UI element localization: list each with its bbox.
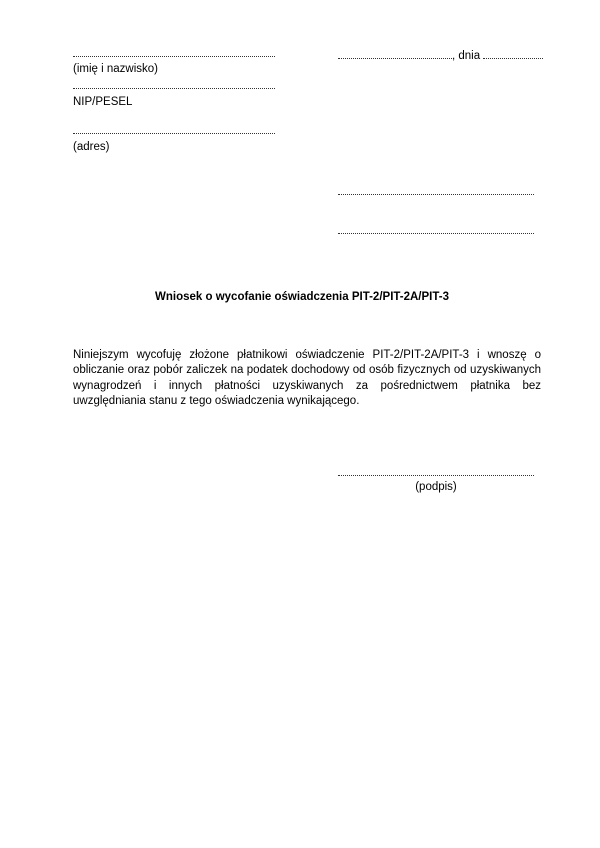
- document-body: Niniejszym wycofuję złożone płatnikowi o…: [73, 348, 541, 409]
- signature-label: (podpis): [338, 481, 534, 494]
- recipient-field-1[interactable]: [338, 194, 534, 195]
- place-date-line: , dnia: [338, 49, 543, 63]
- nip-pesel-field[interactable]: [73, 88, 275, 89]
- date-field[interactable]: [483, 49, 543, 59]
- address-field[interactable]: [73, 133, 275, 134]
- name-field[interactable]: [73, 56, 275, 57]
- recipient-field-2[interactable]: [338, 233, 534, 234]
- date-separator: , dnia: [452, 50, 480, 63]
- address-label: (adres): [73, 141, 109, 154]
- document-title: Wniosek o wycofanie oświadczenia PIT-2/P…: [0, 290, 600, 304]
- place-field[interactable]: [338, 49, 452, 59]
- name-label: (imię i nazwisko): [73, 63, 158, 76]
- nip-pesel-label: NIP/PESEL: [73, 96, 132, 109]
- signature-field[interactable]: [338, 475, 534, 476]
